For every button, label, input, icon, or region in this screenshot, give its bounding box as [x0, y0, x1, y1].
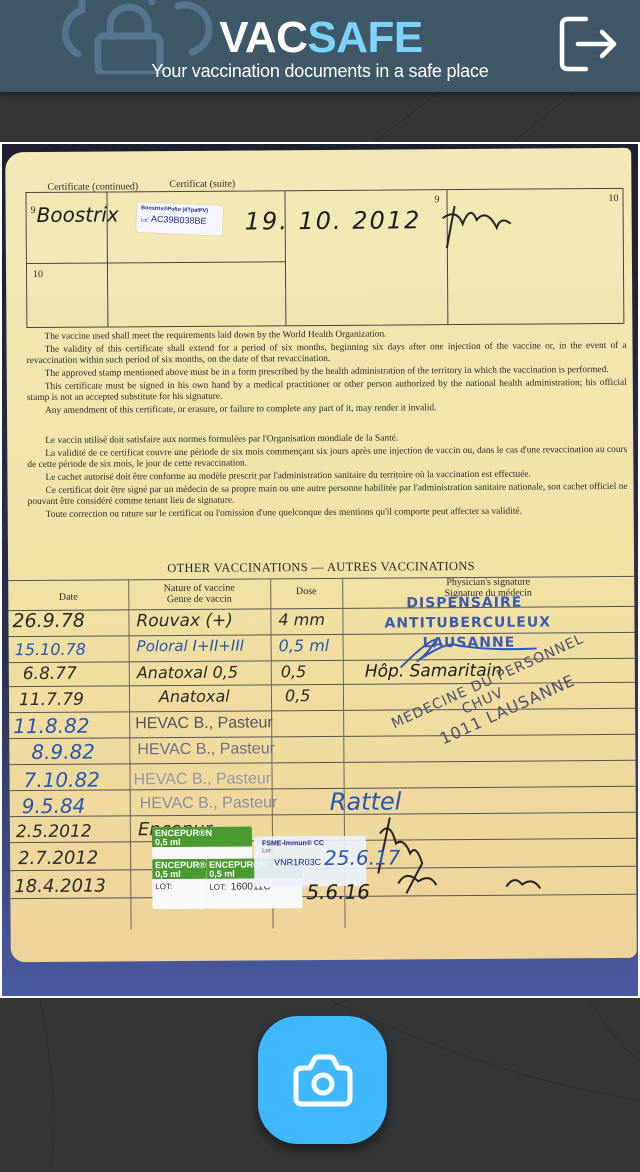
handwritten-signatures [370, 812, 631, 904]
cell-number: 10 [608, 193, 618, 204]
rules-fr: Le vaccin utilisé doit satisfaire aux no… [27, 432, 628, 523]
other-vaccinations-title: OTHER VACCINATIONS — AUTRES VACCINATIONS [8, 558, 634, 577]
row-date: 9.5.84 [22, 794, 86, 818]
camera-button[interactable] [258, 1016, 387, 1144]
row-date: 11.8.82 [13, 714, 90, 739]
col-date: Date [8, 591, 128, 603]
col-nature: Nature of vaccine Genre de vaccin [128, 582, 270, 605]
app-header: VACSAFE Your vaccination documents in a … [0, 0, 640, 92]
row-date: 6.8.77 [23, 664, 77, 684]
cell-number: 10 [33, 269, 43, 280]
col-dose: Dose [270, 586, 342, 598]
encepur-label: ENCEPUR®N0,5 ml LOT: [152, 859, 206, 909]
camera-icon [292, 1052, 354, 1108]
app-brand: VACSAFE [0, 12, 640, 64]
logout-button[interactable] [556, 14, 620, 74]
stamp-signature: Rattel [330, 787, 402, 815]
row-vaccine: HEVAC B., Pasteur [140, 794, 278, 813]
vaccination-certificate: Certificate (continued) Certificat (suit… [5, 148, 637, 962]
row-vaccine: HEVAC B., Pasteur [135, 714, 273, 733]
handwritten-date: 5.6.16 [306, 880, 370, 904]
row-vaccine: HEVAC B., Pasteur [137, 740, 275, 759]
certificate-grid: 9 10 9 10 Boostrix Boostrix®Polio (dTpaI… [25, 188, 624, 328]
row-dose: 0,5 [281, 662, 307, 681]
certificate-heading-fr: Certificat (suite) [169, 179, 235, 190]
rules-en: The vaccine used shall meet the requirem… [26, 328, 627, 419]
row-vaccine: Anatoxal 0,5 [137, 663, 238, 683]
row-dose: 0,5 ml [279, 636, 330, 655]
row-vaccine: Anatoxal [159, 687, 230, 706]
signature-mark [437, 198, 517, 255]
document-photo[interactable]: Certificate (continued) Certificat (suit… [0, 142, 640, 998]
row-date: 2.7.2012 [18, 848, 98, 870]
handwritten-date: 19. 10. 2012 [245, 206, 422, 235]
row-date: 2.5.2012 [16, 822, 92, 843]
row-dose: 0,5 [285, 686, 311, 705]
row-dose: 4 mm [278, 610, 325, 629]
boostrix-sticker: Boostrix®Polio (dTpaIPV) Lot: AC39B038BE [136, 202, 223, 236]
cell-number: 9 [31, 205, 36, 216]
row-date: 26.9.78 [12, 610, 85, 633]
row-date: 8.9.82 [31, 740, 95, 764]
row-date: 18.4.2013 [14, 876, 106, 898]
row-date: 15.10.78 [15, 640, 86, 659]
handwritten-vaccine: Boostrix [37, 202, 119, 227]
row-date: 11.7.79 [19, 690, 84, 710]
logout-icon [556, 14, 620, 74]
row-date: 7.10.82 [23, 768, 100, 793]
handwritten-date: 25.6.17 [324, 845, 401, 870]
brand-safe: SAFE [307, 13, 422, 62]
brand-vac: VAC [219, 13, 307, 62]
app-tagline: Your vaccination documents in a safe pla… [0, 60, 640, 82]
row-vaccine: Poloral I+II+III [137, 637, 245, 656]
photo-content: Certificate (continued) Certificat (suit… [2, 144, 638, 996]
row-vaccine: Rouvax (+) [136, 611, 233, 632]
row-vaccine: HEVAC B., Pasteur [134, 770, 272, 789]
